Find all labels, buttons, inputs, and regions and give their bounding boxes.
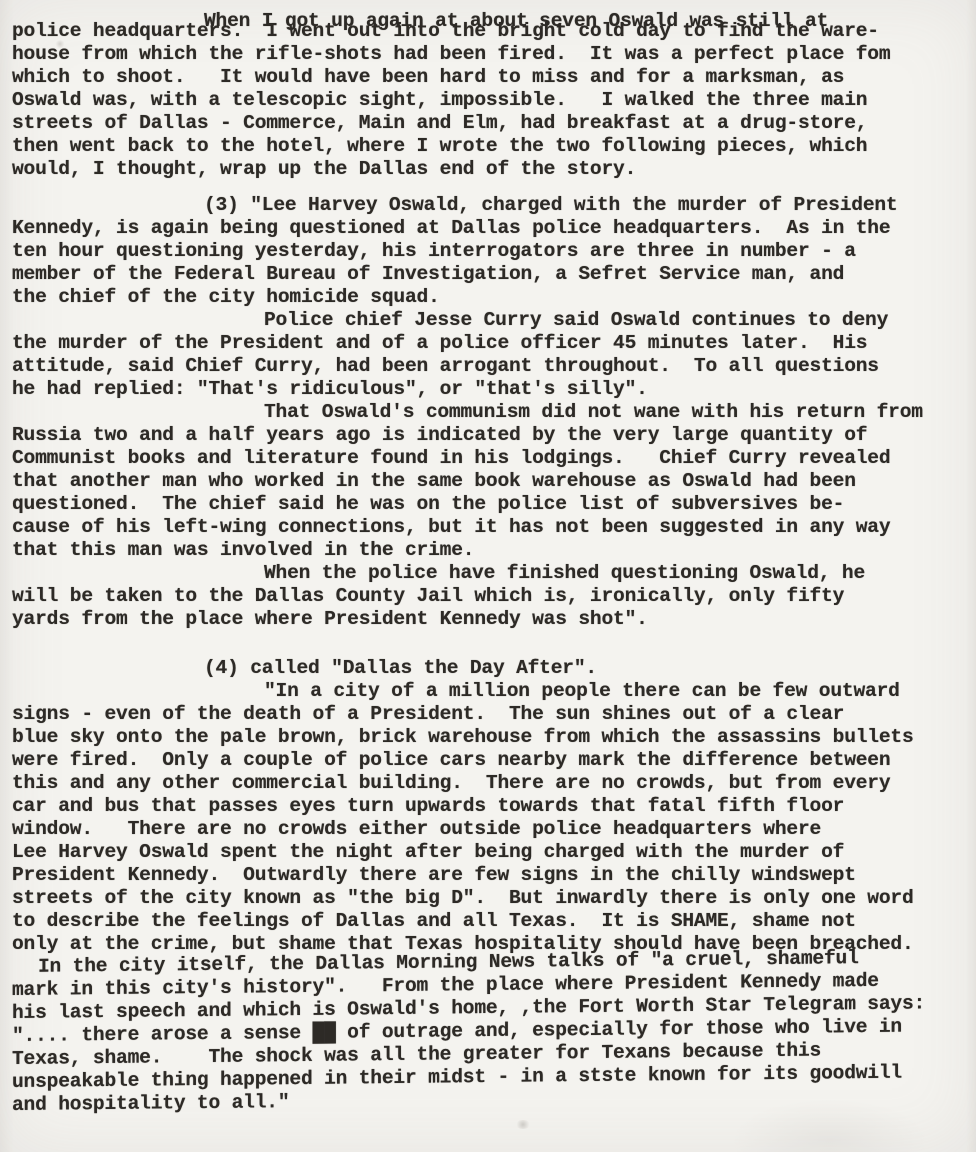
document-page: When I got up again at about seven Oswal… (0, 0, 976, 1152)
text-line: That Oswald's communism did not wane wit… (12, 401, 966, 424)
text-line: this and any other commercial building. … (12, 772, 966, 795)
text-line: he had replied: "That's ridiculous", or … (12, 378, 966, 401)
text-line: When the police have finished questionin… (12, 562, 966, 585)
text-line: (4) called "Dallas the Day After". (12, 657, 966, 680)
text-line: car and bus that passes eyes turn upward… (12, 795, 966, 818)
document-text: When I got up again at about seven Oswal… (12, 10, 966, 1117)
text-line: President Kennedy. Outwardly there are f… (12, 864, 966, 887)
text-line: to describe the feelings of Dallas and a… (12, 910, 966, 933)
text-line: Kennedy, is again being questioned at Da… (12, 217, 966, 240)
text-line: that this man was involved in the crime. (12, 539, 966, 562)
text-line: Police chief Jesse Curry said Oswald con… (12, 309, 966, 332)
scan-smudge (515, 1120, 531, 1129)
text-line: the chief of the city homicide squad. (12, 286, 966, 309)
text-line: police headquarters. I went out into the… (12, 20, 966, 43)
text-line: blue sky onto the pale brown, brick ware… (12, 726, 966, 749)
text-line: streets of Dallas - Commerce, Main and E… (12, 112, 966, 135)
text-line: will be taken to the Dallas County Jail … (12, 585, 966, 608)
text-line: would, I thought, wrap up the Dallas end… (12, 158, 966, 181)
text-line: attitude, said Chief Curry, had been arr… (12, 355, 966, 378)
text-line: yards from the place where President Ken… (12, 608, 966, 631)
text-line: questioned. The chief said he was on the… (12, 493, 966, 516)
text-line: Lee Harvey Oswald spent the night after … (12, 841, 966, 864)
text-line: Russia two and a half years ago is indic… (12, 424, 966, 447)
text-line: the murder of the President and of a pol… (12, 332, 966, 355)
text-line: house from which the rifle-shots had bee… (12, 43, 966, 66)
paragraph-gap (12, 631, 966, 657)
text-line: streets of the city known as "the big D"… (12, 887, 966, 910)
text-line: which to shoot. It would have been hard … (12, 66, 966, 89)
text-line: ten hour questioning yesterday, his inte… (12, 240, 966, 263)
text-line: (3) "Lee Harvey Oswald, charged with the… (12, 194, 966, 217)
text-line: that another man who worked in the same … (12, 470, 966, 493)
paragraph-gap (12, 181, 966, 194)
text-line: were fired. Only a couple of police cars… (12, 749, 966, 772)
text-line: then went back to the hotel, where I wro… (12, 135, 966, 158)
text-line: member of the Federal Bureau of Investig… (12, 263, 966, 286)
text-line: window. There are no crowds either outsi… (12, 818, 966, 841)
text-line: "In a city of a million people there can… (12, 680, 966, 703)
text-line: cause of his left-wing connections, but … (12, 516, 966, 539)
text-line: Oswald was, with a telescopic sight, imp… (12, 89, 966, 112)
text-line: Communist books and literature found in … (12, 447, 966, 470)
text-line: signs - even of the death of a President… (12, 703, 966, 726)
